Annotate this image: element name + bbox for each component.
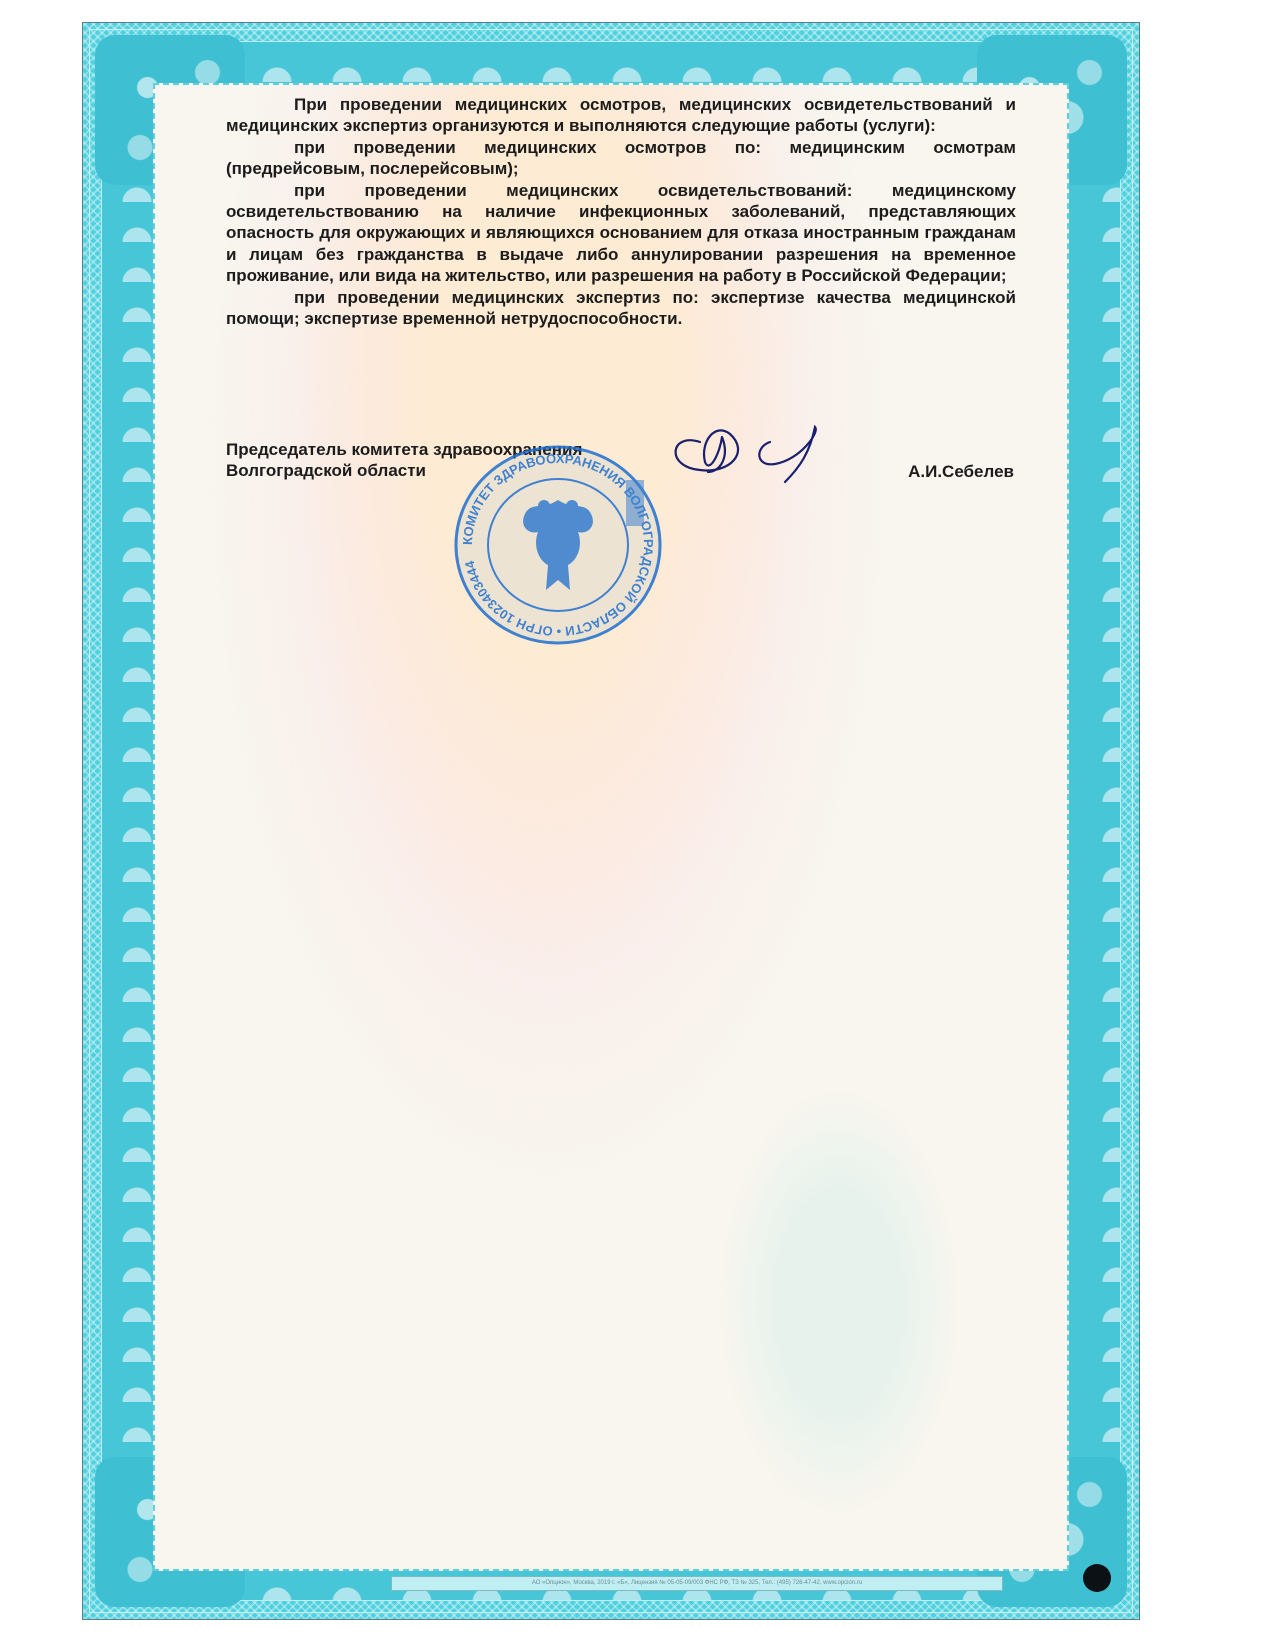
paragraph-medical-exams: при проведении медицинских осмотров по: … [226, 137, 1016, 180]
paragraph-medical-certifications: при проведении медицинских освидетельств… [226, 180, 1016, 287]
body-text: При проведении медицинских осмотров, мед… [226, 94, 1016, 329]
signatory-name: А.И.Себелев [908, 461, 1014, 482]
handwritten-signature-icon [660, 412, 850, 492]
official-seal-icon: КОМИТЕТ ЗДРАВООХРАНЕНИЯ ВОЛГОГРАДСКОЙ ОБ… [448, 440, 668, 650]
punch-hole [1083, 1564, 1111, 1592]
paragraph-medical-expertise: при проведении медицинских экспертиз по:… [226, 287, 1016, 330]
paragraph-intro: При проведении медицинских осмотров, мед… [226, 94, 1016, 137]
printer-imprint: АО «Опцион», Москва, 2019 г. «Б», Лиценз… [391, 1576, 1003, 1591]
